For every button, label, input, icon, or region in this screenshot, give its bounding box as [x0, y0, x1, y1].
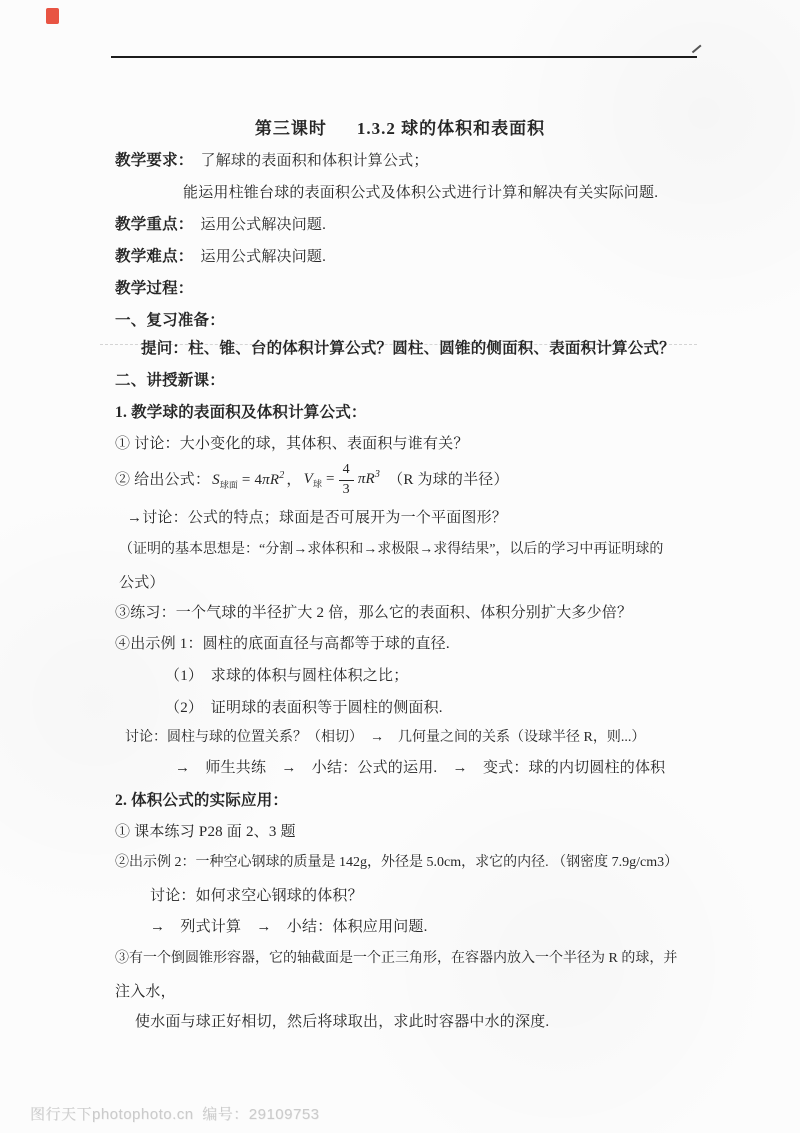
teaching-difficulty: 教学难点：运用公式解决问题. — [115, 246, 690, 268]
discussion2-line: →讨论：公式的特点；球面是否可展开为一个平面图形？ — [115, 507, 702, 529]
volume-formula: V球 =43πR3 — [304, 462, 381, 497]
focus-label: 教学重点： — [115, 216, 194, 233]
doc-title: 第三课时1.3.2 球的体积和表面积 — [0, 118, 800, 140]
formula-separator: ， — [286, 469, 301, 491]
requirements-text: 了解球的表面积和体积计算公式； — [201, 153, 429, 169]
difficulty-text: 运用公式解决问题. — [201, 249, 327, 265]
v-exponent: 3 — [375, 469, 380, 480]
teaching-requirements-line2: 能运用柱锥台球的表面积公式及体积公式进行计算和解决有关实际问题. — [115, 182, 758, 204]
example2-flow: → 列式计算 → 小结：体积应用问题. — [115, 916, 725, 938]
watermark-id-label: 编号： — [202, 1106, 249, 1123]
v-equals: = — [326, 471, 335, 487]
formula-lead: ② 给出公式： — [115, 469, 210, 491]
s-exponent: 2 — [279, 470, 284, 481]
difficulty-label: 教学难点： — [115, 248, 194, 265]
point2-heading: 2. 体积公式的实际应用： — [115, 790, 690, 812]
watermark-site: 图行天下photophoto.cn — [30, 1106, 194, 1123]
red-scan-mark — [46, 8, 59, 24]
s-equals: = 4 — [242, 472, 262, 488]
example1-question1: （1） 求球的体积与圆柱体积之比； — [115, 665, 740, 687]
watermark: 图行天下photophoto.cn 编号：29109753 — [30, 1103, 320, 1124]
doc-title-topic: 1.3.2 球的体积和表面积 — [357, 119, 545, 138]
proof-idea-line2: 公式） — [115, 572, 694, 594]
v-pi-r: πR — [358, 471, 375, 487]
formula-line: ② 给出公式： S球面 = 4πR2 ， V球 =43πR3 （R 为球的半径） — [115, 458, 690, 502]
sub-sphere-surface: 球面 — [220, 480, 238, 490]
fraction-four-thirds: 43 — [339, 462, 354, 497]
requirements-text2: 能运用柱锥台球的表面积公式及体积公式进行计算和解决有关实际问题. — [183, 185, 658, 201]
proof-idea-line1: （证明的基本思想是：“分割→求体积和→求极限→求得结果”，以后的学习中再证明球的 — [115, 539, 694, 561]
var-v: V — [304, 471, 313, 487]
sub-sphere: 球 — [313, 479, 322, 489]
watermark-id-number: 29109753 — [249, 1106, 320, 1123]
header-rule — [111, 56, 697, 58]
example3-line3: 使水面与球正好相切，然后将球取出，求此时容器中水的深度. — [115, 1011, 710, 1033]
doc-title-session: 第三课时 — [255, 119, 327, 138]
practice-line: ③练习：一个气球的半径扩大 2 倍，那么它的表面积、体积分别扩大多少倍？ — [115, 602, 690, 624]
fraction-numerator: 4 — [339, 462, 354, 480]
teaching-process-heading: 教学过程： — [115, 278, 690, 300]
formula-note: （R 为球的半径） — [388, 469, 509, 491]
example1-flow: → 师生共练 → 小结：公式的运用. → 变式：球的内切圆柱的体积 — [115, 757, 750, 779]
discussion1-line: ① 讨论：大小变化的球，其体积、表面积与谁有关？ — [115, 433, 690, 455]
fraction-denominator: 3 — [339, 481, 354, 498]
scanned-lesson-plan-page: { "page": { "background": "#fcfcfc", "in… — [0, 0, 800, 1133]
requirements-label: 教学要求： — [115, 152, 194, 169]
teaching-focus: 教学重点：运用公式解决问题. — [115, 214, 690, 236]
teaching-requirements: 教学要求：了解球的表面积和体积计算公式； — [115, 150, 690, 172]
example1-discussion: 讨论：圆柱与球的位置关系？（相切） → 几何量之间的关系（设球半径 R，则...… — [115, 727, 700, 749]
example2-discussion: 讨论：如何求空心钢球的体积？ — [115, 885, 725, 907]
var-s: S — [212, 472, 220, 488]
example2-line: ②出示例 2：一种空心钢球的质量是 142g，外径是 5.0cm，求它的内径. … — [115, 852, 690, 874]
section2-heading: 二、讲授新课： — [115, 370, 690, 392]
example1-line: ④出示例 1：圆柱的底面直径与高都等于球的直径. — [115, 633, 690, 655]
point1-heading: 1. 教学球的表面积及体积计算公式： — [115, 402, 690, 424]
example1-question2: （2） 证明球的表面积等于圆柱的侧面积. — [115, 697, 740, 719]
section1-heading: 一、复习准备： — [115, 310, 690, 332]
surface-area-formula: S球面 = 4πR2 — [212, 465, 284, 496]
example3-line1: ③有一个倒圆锥形容器，它的轴截面是一个正三角形，在容器内放入一个半径为 R 的球… — [115, 948, 690, 970]
header-rule-tick — [692, 45, 701, 53]
focus-text: 运用公式解决问题. — [201, 217, 327, 233]
section1-question: 提问：柱、锥、台的体积计算公式？圆柱、圆锥的侧面积、表面积计算公式？ — [115, 338, 716, 360]
s-pi-r: πR — [262, 472, 279, 488]
example3-line2: 注入水， — [115, 981, 690, 1003]
textbook-practice-line: ① 课本练习 P28 面 2、3 题 — [115, 821, 690, 843]
